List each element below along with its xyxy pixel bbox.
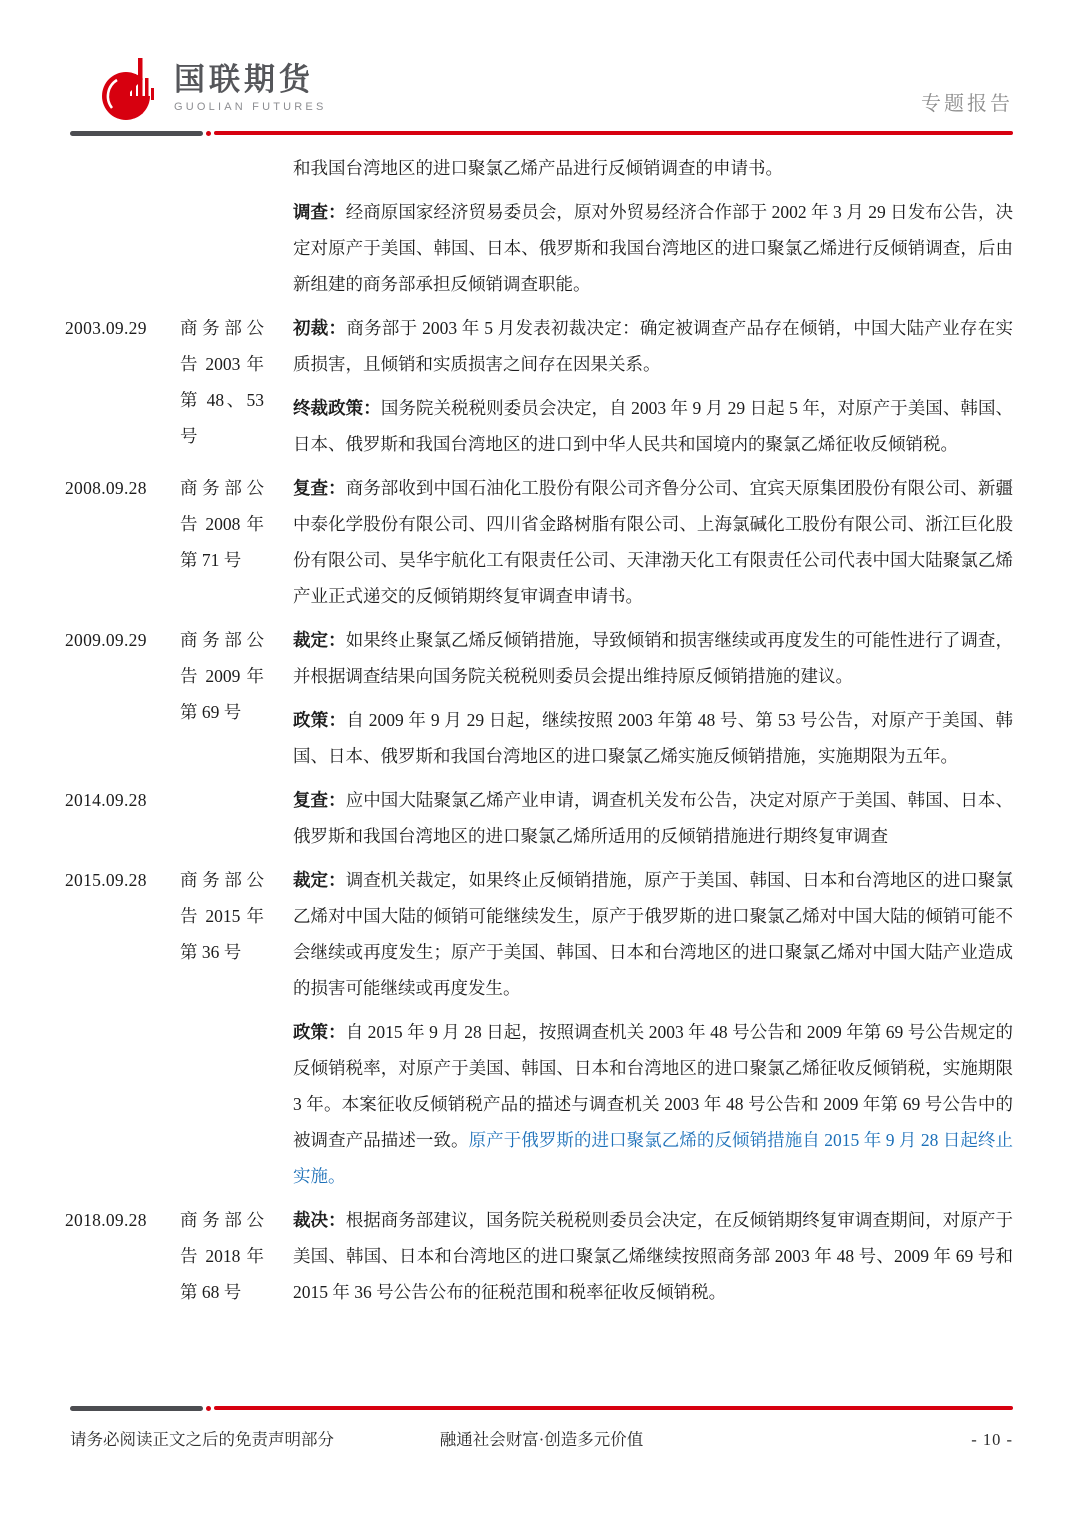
footer-disclaimer: 请务必阅读正文之后的免责声明部分 [70, 1427, 440, 1453]
entry-paragraph: 裁决：根据商务部建议，国务院关税税则委员会决定，在反倾销期终复审调查期间，对原产… [293, 1202, 1013, 1310]
entry-content: 复查：应中国大陆聚氯乙烯产业申请，调查机关发布公告，决定对原产于美国、韩国、日本… [293, 782, 1013, 854]
entry-content: 裁决：根据商务部建议，国务院关税税则委员会决定，在反倾销期终复审调查期间，对原产… [293, 1202, 1013, 1310]
rule-gray-segment [70, 1406, 203, 1411]
paragraph-text: 如果终止聚氯乙烯反倾销措施，导致倾销和损害继续或再度发生的可能性进行了调查，并根… [293, 630, 1013, 686]
guolian-logo-icon [100, 54, 160, 122]
entry-paragraph: 裁定：调查机关裁定，如果终止反倾销措施，原产于美国、韩国、日本和台湾地区的进口聚… [293, 862, 1013, 1006]
paragraph-label: 政策： [293, 1022, 346, 1042]
paragraph-text: 和我国台湾地区的进口聚氯乙烯产品进行反倾销调查的申请书。 [293, 158, 783, 178]
entry-date: 2018.09.28 [65, 1202, 180, 1310]
entry-paragraph: 初裁：商务部于 2003 年 5 月发表初裁决定：确定被调查产品存在倾销，中国大… [293, 310, 1013, 382]
timeline-entry: 2009.09.29 商务部公告 2009 年第 69 号 裁定：如果终止聚氯乙… [65, 622, 1013, 774]
entry-content: 裁定：调查机关裁定，如果终止反倾销措施，原产于美国、韩国、日本和台湾地区的进口聚… [293, 862, 1013, 1194]
report-type-label: 专题报告 [921, 87, 1013, 122]
paragraph-label: 裁决： [293, 1210, 346, 1230]
guolian-futures-logo: 国联期货 GUOLIAN FUTURES [100, 54, 327, 122]
timeline-entry: 2008.09.28 商务部公告 2008 年第 71 号 复查：商务部收到中国… [65, 470, 1013, 614]
footer-row: 请务必阅读正文之后的免责声明部分 融通社会财富·创造多元价值 - 10 - [0, 1411, 1080, 1453]
entry-date: 2015.09.28 [65, 862, 180, 1194]
page-number: - 10 - [643, 1427, 1013, 1453]
timeline-table: 和我国台湾地区的进口聚氯乙烯产品进行反倾销调查的申请书。 调查：经商原国家经济贸… [0, 136, 1080, 1318]
entry-paragraph: 和我国台湾地区的进口聚氯乙烯产品进行反倾销调查的申请书。 [293, 150, 1013, 186]
entry-announcement: 商务部公告 2003 年第 48、53 号 [180, 310, 264, 462]
rule-red-dot [206, 131, 211, 136]
entry-paragraph: 政策：自 2009 年 9 月 29 日起，继续按照 2003 年第 48 号、… [293, 702, 1013, 774]
paragraph-label: 政策： [293, 710, 346, 730]
paragraph-text: 国务院关税税则委员会决定，自 2003 年 9 月 29 日起 5 年，对原产于… [293, 398, 1013, 454]
entry-paragraph: 复查：应中国大陆聚氯乙烯产业申请，调查机关发布公告，决定对原产于美国、韩国、日本… [293, 782, 1013, 854]
entry-announcement: 商务部公告 2018 年第 68 号 [180, 1202, 264, 1310]
paragraph-label: 终裁政策： [293, 398, 381, 418]
rule-red-segment [214, 131, 1013, 135]
paragraph-label: 调查： [293, 202, 346, 222]
paragraph-label: 裁定： [293, 870, 346, 890]
timeline-entry: 2003.09.29 商务部公告 2003 年第 48、53 号 初裁：商务部于… [65, 310, 1013, 462]
page-footer: 请务必阅读正文之后的免责声明部分 融通社会财富·创造多元价值 - 10 - [0, 1397, 1080, 1527]
entry-announcement: 商务部公告 2008 年第 71 号 [180, 470, 264, 614]
entry-date: 2008.09.28 [65, 470, 180, 614]
entry-paragraph: 终裁政策：国务院关税税则委员会决定，自 2003 年 9 月 29 日起 5 年… [293, 390, 1013, 462]
timeline-entry: 和我国台湾地区的进口聚氯乙烯产品进行反倾销调查的申请书。 调查：经商原国家经济贸… [65, 150, 1013, 302]
footer-slogan: 融通社会财富·创造多元价值 [440, 1427, 644, 1453]
paragraph-text: 商务部收到中国石油化工股份有限公司齐鲁分公司、宜宾天原集团股份有限公司、新疆中泰… [293, 478, 1013, 606]
footer-bottom-spacer [0, 1453, 1080, 1527]
rule-red-segment [214, 1406, 1013, 1410]
entry-date: 2003.09.29 [65, 310, 180, 462]
entry-content: 复查：商务部收到中国石油化工股份有限公司齐鲁分公司、宜宾天原集团股份有限公司、新… [293, 470, 1013, 614]
logo-text: 国联期货 GUOLIAN FUTURES [174, 63, 327, 112]
entry-date [65, 150, 180, 302]
paragraph-label: 裁定： [293, 630, 346, 650]
paragraph-text: 调查机关裁定，如果终止反倾销措施，原产于美国、韩国、日本和台湾地区的进口聚氯乙烯… [293, 870, 1013, 998]
timeline-entry: 2018.09.28 商务部公告 2018 年第 68 号 裁决：根据商务部建议… [65, 1202, 1013, 1310]
entry-paragraph: 调查：经商原国家经济贸易委员会，原对外贸易经济合作部于 2002 年 3 月 2… [293, 194, 1013, 302]
entry-announcement: 商务部公告 2009 年第 69 号 [180, 622, 264, 774]
entry-paragraph: 复查：商务部收到中国石油化工股份有限公司齐鲁分公司、宜宾天原集团股份有限公司、新… [293, 470, 1013, 614]
paragraph-text: 自 2009 年 9 月 29 日起，继续按照 2003 年第 48 号、第 5… [293, 710, 1013, 766]
logo-name-en: GUOLIAN FUTURES [174, 101, 327, 113]
logo-name-cn: 国联期货 [174, 63, 327, 97]
paragraph-text: 根据商务部建议，国务院关税税则委员会决定，在反倾销期终复审调查期间，对原产于美国… [293, 1210, 1013, 1302]
entry-date: 2014.09.28 [65, 782, 180, 854]
page-header: 国联期货 GUOLIAN FUTURES 专题报告 [0, 0, 1080, 122]
entry-content: 裁定：如果终止聚氯乙烯反倾销措施，导致倾销和损害继续或再度发生的可能性进行了调查… [293, 622, 1013, 774]
entry-announcement: 商务部公告 2015 年第 36 号 [180, 862, 264, 1194]
rule-gray-segment [70, 131, 203, 136]
entry-content: 和我国台湾地区的进口聚氯乙烯产品进行反倾销调查的申请书。 调查：经商原国家经济贸… [293, 150, 1013, 302]
report-page: 国联期货 GUOLIAN FUTURES 专题报告 和我国台湾地区的进口聚氯乙烯… [0, 0, 1080, 1527]
entry-announcement [180, 782, 264, 854]
paragraph-text: 商务部于 2003 年 5 月发表初裁决定：确定被调查产品存在倾销，中国大陆产业… [293, 318, 1013, 374]
paragraph-label: 初裁： [293, 318, 346, 338]
paragraph-label: 复查： [293, 478, 346, 498]
timeline-entry: 2014.09.28 复查：应中国大陆聚氯乙烯产业申请，调查机关发布公告，决定对… [65, 782, 1013, 854]
timeline-entry: 2015.09.28 商务部公告 2015 年第 36 号 裁定：调查机关裁定，… [65, 862, 1013, 1194]
entry-date: 2009.09.29 [65, 622, 180, 774]
paragraph-text: 经商原国家经济贸易委员会，原对外贸易经济合作部于 2002 年 3 月 29 日… [293, 202, 1013, 294]
paragraph-text: 应中国大陆聚氯乙烯产业申请，调查机关发布公告，决定对原产于美国、韩国、日本、俄罗… [293, 790, 1013, 846]
entry-announcement [180, 150, 264, 302]
rule-red-dot [206, 1406, 211, 1411]
paragraph-label: 复查： [293, 790, 346, 810]
entry-content: 初裁：商务部于 2003 年 5 月发表初裁决定：确定被调查产品存在倾销，中国大… [293, 310, 1013, 462]
entry-paragraph: 政策：自 2015 年 9 月 28 日起，按照调查机关 2003 年 48 号… [293, 1014, 1013, 1194]
entry-paragraph: 裁定：如果终止聚氯乙烯反倾销措施，导致倾销和损害继续或再度发生的可能性进行了调查… [293, 622, 1013, 694]
